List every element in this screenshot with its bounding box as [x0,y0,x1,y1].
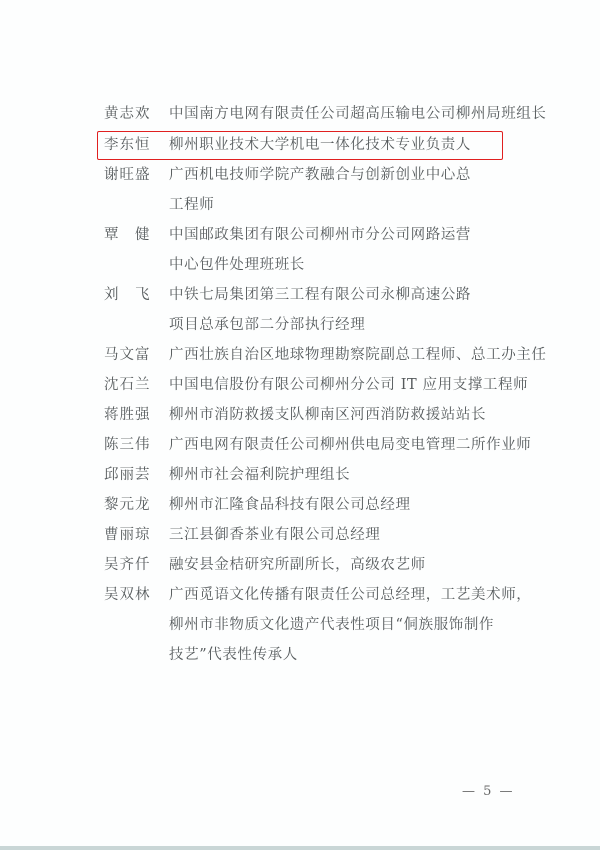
description-line: 工程师 [169,190,529,220]
person-name: 邱丽芸 [104,460,160,490]
description-line: 广西觅语文化传播有限责任公司总经理，工艺美术师， [169,580,529,610]
description-line: 中国邮政集团有限公司柳州市分公司网路运营 [169,220,529,250]
person-name: 曹丽琼 [104,520,160,550]
highlight-box [97,131,503,160]
person-description: 中国邮政集团有限公司柳州市分公司网路运营 中心包件处理班班长 [169,220,529,280]
description-line: 中铁七局集团第三工程有限公司永柳高速公路 [169,280,529,310]
description-line: 中国电信股份有限公司柳州分公司 IT 应用支撑工程师 [169,370,529,400]
person-description: 柳州市汇隆食品科技有限公司总经理 [169,490,529,520]
person-name: 覃 健 [104,220,160,250]
description-line: 柳州市社会福利院护理组长 [169,460,529,490]
person-name: 黄志欢 [104,99,160,129]
page-number: — 5 — [462,784,515,799]
person-description: 广西觅语文化传播有限责任公司总经理，工艺美术师， 柳州市非物质文化遗产代表性项目… [169,580,529,670]
person-name: 沈石兰 [104,370,160,400]
person-description: 中铁七局集团第三工程有限公司永柳高速公路 项目总承包部二分部执行经理 [169,280,529,340]
person-name: 吴双林 [104,580,160,610]
person-name: 刘 飞 [104,280,160,310]
person-name: 谢旺盛 [104,160,160,190]
description-line: 中国南方电网有限责任公司超高压输电公司柳州局班组长 [169,99,529,129]
person-description: 融安县金桔研究所副所长，高级农艺师 [169,550,529,580]
person-name: 蒋胜强 [104,400,160,430]
description-line: 柳州市消防救援支队柳南区河西消防救援站站长 [169,400,529,430]
description-line: 广西电网有限责任公司柳州供电局变电管理二所作业师 [169,430,529,460]
page-bottom-edge [0,846,600,850]
person-description: 中国电信股份有限公司柳州分公司 IT 应用支撑工程师 [169,370,529,400]
description-line: 广西机电技师学院产教融合与创新创业中心总 [169,160,529,190]
person-description: 中国南方电网有限责任公司超高压输电公司柳州局班组长 [169,99,529,129]
description-line: 柳州市汇隆食品科技有限公司总经理 [169,490,529,520]
description-line: 项目总承包部二分部执行经理 [169,310,529,340]
person-description: 广西电网有限责任公司柳州供电局变电管理二所作业师 [169,430,529,460]
person-name: 马文富 [104,340,160,370]
person-description: 柳州市社会福利院护理组长 [169,460,529,490]
description-line: 三江县御香茶业有限公司总经理 [169,520,529,550]
description-line: 技艺”代表性传承人 [169,640,529,670]
description-line: 融安县金桔研究所副所长，高级农艺师 [169,550,529,580]
description-line: 柳州市非物质文化遗产代表性项目“侗族服饰制作 [169,610,529,640]
description-line: 中心包件处理班班长 [169,250,529,280]
description-line: 广西壮族自治区地球物理勘察院副总工程师、总工办主任 [169,340,529,370]
person-description: 三江县御香茶业有限公司总经理 [169,520,529,550]
person-name: 黎元龙 [104,490,160,520]
person-description: 广西机电技师学院产教融合与创新创业中心总 工程师 [169,160,529,220]
person-description: 广西壮族自治区地球物理勘察院副总工程师、总工办主任 [169,340,529,370]
person-description: 柳州市消防救援支队柳南区河西消防救援站站长 [169,400,529,430]
person-name: 吴齐仟 [104,550,160,580]
person-name: 陈三伟 [104,430,160,460]
document-page: 黄志欢 中国南方电网有限责任公司超高压输电公司柳州局班组长 李东恒 柳州职业技术… [0,0,600,850]
